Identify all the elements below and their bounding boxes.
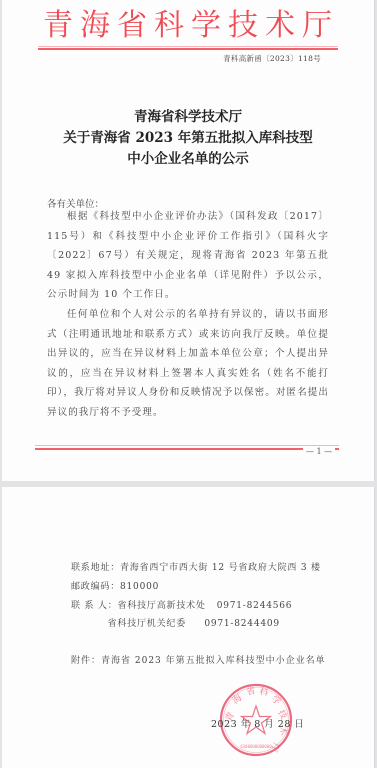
svg-text:6300000000000: 6300000000000 (240, 744, 272, 749)
body-paragraph-1: 根据《科技型中小企业评价办法》（国科发政〔2017〕115号）和《科技型中小企业… (47, 207, 329, 305)
footer-rule (35, 448, 339, 450)
footer-rule-light (35, 445, 339, 446)
title-line-2: 关于青海省 2023 年第五批拟入库科技型 (2, 128, 374, 149)
body-paragraph-2: 任何单位和个人对公示的名单持有异议的，请以书面形式（注明通讯地址和联系方式）或来… (47, 305, 329, 422)
contact-person-2: 省科技厅机关纪委 0971-8244409 (71, 616, 280, 629)
notice-title: 青海省科学技术厅 关于青海省 2023 年第五批拟入库科技型 中小企业名单的公示 (2, 107, 374, 170)
contact-postcode: 邮政编码：810000 (71, 579, 159, 592)
title-line-3: 中小企业名单的公示 (2, 149, 374, 170)
letterhead-rule-light (38, 46, 338, 47)
contact-address: 联系地址：青海省西宁市西大街 12 号省政府大院西 3 楼 (71, 560, 321, 573)
letterhead-title: 青海省科学技术厅 (2, 6, 374, 46)
title-line-1: 青海省科学技术厅 (2, 107, 374, 128)
document-number: 青科高新函〔2023〕118号 (223, 53, 321, 64)
contact-person-1: 联 系 人：省科技厅高新技术处 0971-8244566 (71, 598, 292, 611)
letterhead-rule (38, 48, 338, 50)
attachment-note: 附件：青海省 2023 年第五批拟入库科技型中小企业名单 (71, 653, 326, 666)
page-number: — 1 — (303, 447, 335, 457)
issue-date: 2023 年 8 月 28 日 (211, 716, 304, 730)
document-page-1: 青海省科学技术厅 青科高新函〔2023〕118号 青海省科学技术厅 关于青海省 … (1, 0, 375, 481)
